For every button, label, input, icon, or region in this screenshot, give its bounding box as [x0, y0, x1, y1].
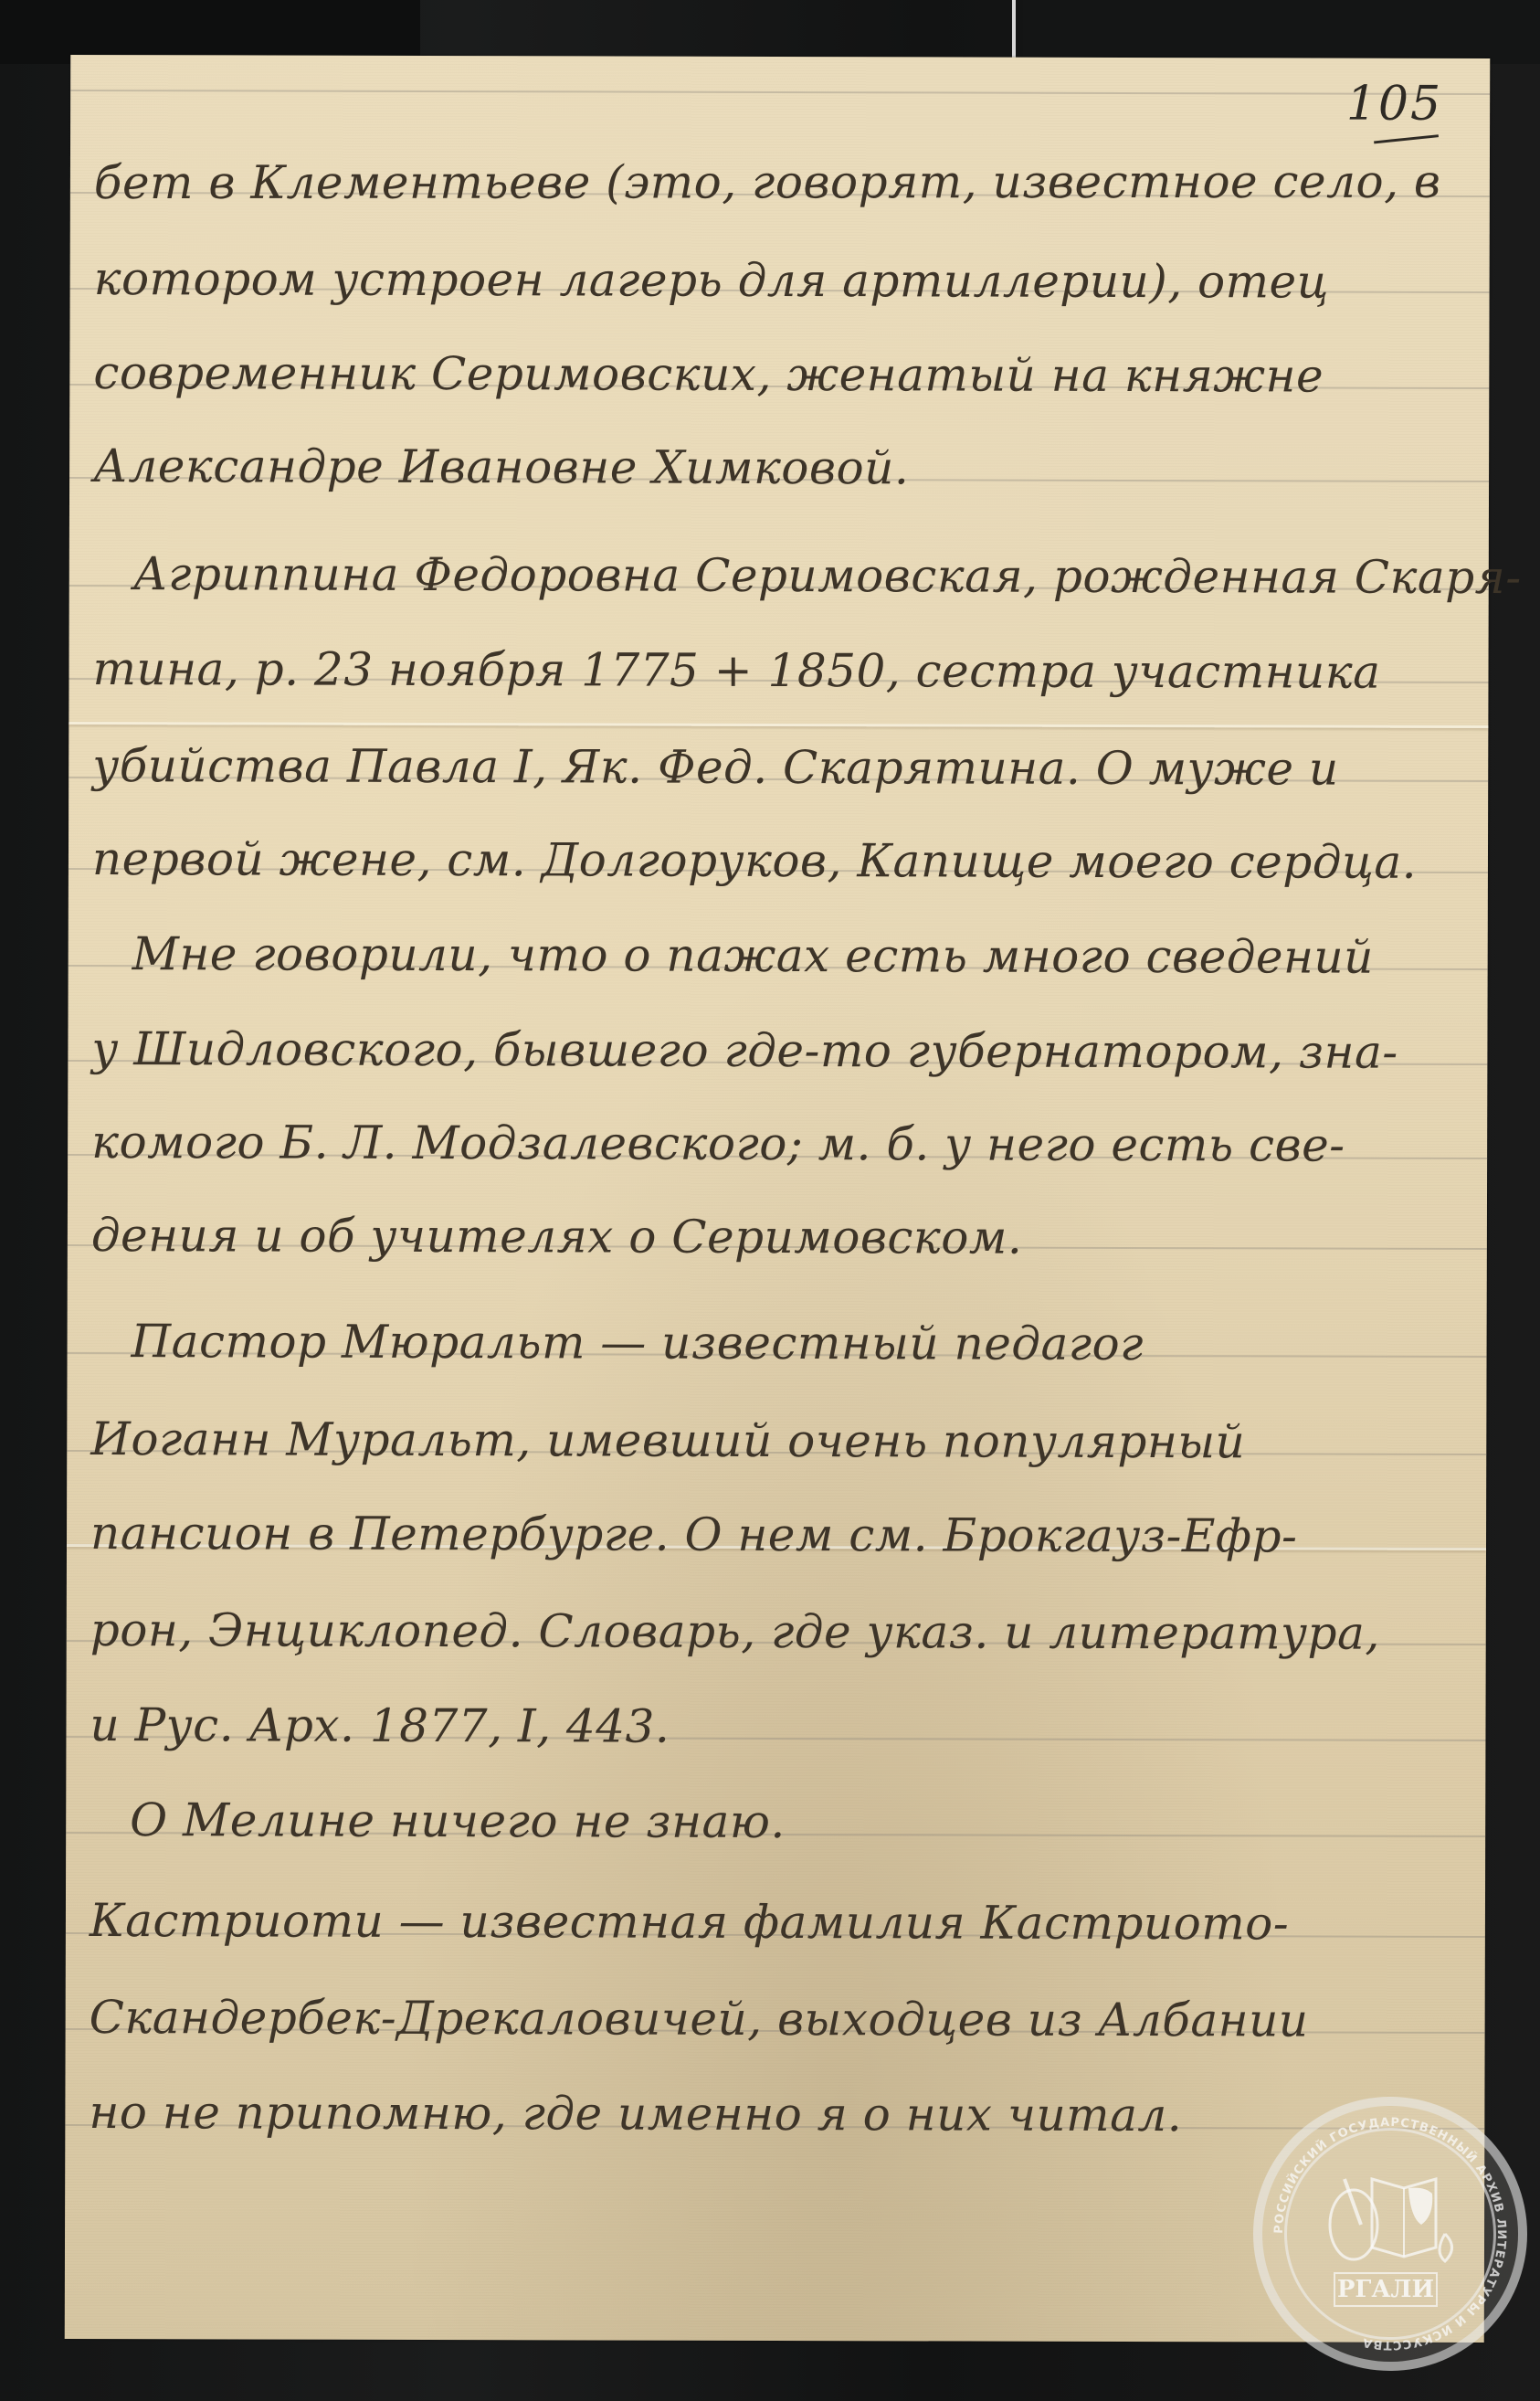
handwritten-line: Кастриоти — известная фамилия Кастриото- — [90, 1893, 1289, 1951]
stamp-label: РГАЛИ — [1334, 2272, 1438, 2307]
handwritten-line: дения и об учителях о Серимовском. — [91, 1208, 1023, 1265]
handwritten-line: современник Серимовских, женатый на княж… — [93, 345, 1324, 404]
folio-number-text: 105 — [1346, 77, 1442, 132]
handwritten-line: котором устроен лагерь для артиллерии), … — [94, 251, 1330, 310]
handwritten-line: бет в Клементьеве (это, говорят, известн… — [94, 154, 1441, 210]
handwritten-line: Агриппина Федоровна Серимовская, рожденн… — [133, 546, 1522, 605]
handwritten-line: Скандербек-Дрекаловичей, выходцев из Алб… — [90, 1990, 1309, 2047]
handwritten-line: Александре Ивановне Химковой. — [93, 439, 909, 495]
manuscript-page: 105 бет в Клементьеве (это, говорят, изв… — [65, 55, 1491, 2343]
handwritten-line: комого Б. Л. Модзалевского; м. б. у него… — [91, 1115, 1345, 1173]
folio-number: 105 — [1346, 77, 1442, 132]
backing-board — [1023, 0, 1540, 64]
handwritten-line: и Рус. Арх. 1877, I, 443. — [90, 1698, 670, 1754]
handwritten-line: у Шидловского, бывшего где-то губернатор… — [91, 1021, 1398, 1080]
handwritten-line: Иоганн Муральт, имевший очень популярный — [90, 1412, 1245, 1469]
handwritten-line: пансион в Петербурге. О нем см. Брокгауз… — [90, 1506, 1298, 1563]
handwritten-line: первой жене, см. Долгоруков, Капище моег… — [92, 831, 1417, 890]
handwritten-line: рон, Энциклопед. Словарь, где указ. и ли… — [90, 1602, 1380, 1661]
handwritten-line: Пастор Мюральт — известный педагог — [132, 1314, 1144, 1371]
handwritten-line: О Мелине ничего не знаю. — [130, 1793, 786, 1849]
backing-edge-highlight — [1012, 0, 1016, 64]
archive-stamp: РОССИЙСКИЙ ГОСУДАРСТВЕННЫЙ АРХИВ ЛИТЕРАТ… — [1253, 2097, 1527, 2371]
handwritten-line: тина, р. 23 ноября 1775 + 1850, сестра у… — [92, 641, 1380, 700]
scanned-manuscript: 105 бет в Клементьеве (это, говорят, изв… — [0, 0, 1540, 2401]
folio-underline — [1374, 134, 1439, 143]
stamp-emblem-icon — [1317, 2161, 1463, 2270]
handwritten-line: но не припомню, где именно я о них читал… — [89, 2085, 1182, 2142]
paper-fold-crease — [69, 722, 1488, 728]
handwritten-line: Мне говорили, что о пажах есть много све… — [132, 926, 1374, 985]
ruled-line — [70, 90, 1490, 95]
handwritten-line: убийства Павла I, Як. Фед. Скарятина. О … — [92, 738, 1339, 797]
